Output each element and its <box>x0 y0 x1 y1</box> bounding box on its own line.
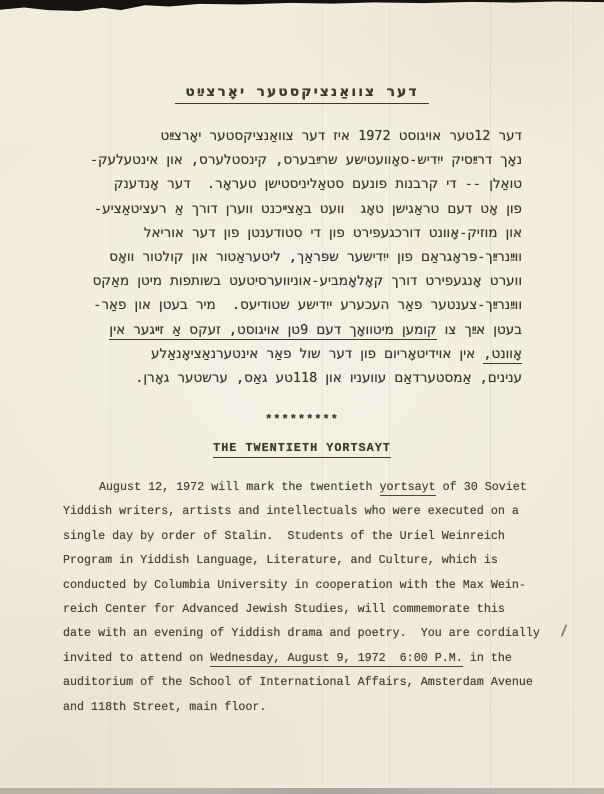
paper-scratch-mark <box>561 624 568 637</box>
english-text-line: invited to attend on Wednesday, August 9… <box>63 646 526 670</box>
yiddish-paragraph: דער 12טער אויגוסט 1972 איז דער צוואַנציק… <box>64 124 522 390</box>
yiddish-text-line: נאָך דרײַסיק ייִדיש-סאָוועטישע שרײַבערס,… <box>64 148 522 172</box>
english-text-line: date with an evening of Yiddish drama an… <box>63 621 526 645</box>
english-paragraph: August 12, 1972 will mark the twentieth … <box>63 475 526 719</box>
underlined-text: קומען מיטוואָך דעם 9טן אויגוסט, זעקס אַ … <box>109 322 436 340</box>
scanner-bottom-edge <box>0 788 604 794</box>
english-text-line: single day by order of Stalin. Students … <box>63 524 526 548</box>
yiddish-text-line: ענינים, אַמסטערדאַם עוועניו און 118טע גא… <box>64 366 522 390</box>
yiddish-text-line: טואַלן -- די קרבנות פונעם סטאַליניסטישן … <box>64 172 522 196</box>
paper-crease <box>573 0 574 794</box>
yiddish-text-line: בעטן אײַך צו קומען מיטוואָך דעם 9טן אויג… <box>64 318 522 342</box>
asterisk-separator: ********* <box>0 413 604 427</box>
yiddish-text-line: דער 12טער אויגוסט 1972 איז דער צוואַנציק… <box>64 124 522 148</box>
english-text-line: and 118th Street, main floor. <box>63 695 526 719</box>
english-title-text: THE TWENTIETH YORTSAYT <box>213 441 391 458</box>
yiddish-text-line: ווײַנרײַך-פּראָגראַם פון ייִדישער שפּראַ… <box>64 245 522 269</box>
yiddish-document-title: דער צוואַנציקסטער יאָרצײַט <box>0 84 604 100</box>
yiddish-text-line: ווײַנרײַך-צענטער פאַר העכערע ייִדישע שטו… <box>64 293 522 317</box>
underlined-text: אָוונט, <box>483 346 522 364</box>
english-text-line: reich Center for Advanced Jewish Studies… <box>63 597 526 621</box>
yiddish-text-line: אָוונט, אין אוידיטאָריום פון דער שול פאַ… <box>64 342 522 366</box>
yiddish-title-text: דער צוואַנציקסטער יאָרצײַט <box>175 84 428 104</box>
scanned-typewritten-flyer: דער צוואַנציקסטער יאָרצײַט דער 12טער אוי… <box>0 0 604 794</box>
english-document-title: THE TWENTIETH YORTSAYT <box>0 441 604 455</box>
english-text-line: Yiddish writers, artists and intellectua… <box>63 499 526 523</box>
english-text-line: conducted by Columbia University in coop… <box>63 573 526 597</box>
english-text-line: Program in Yiddish Language, Literature,… <box>63 548 526 572</box>
underlined-text: Wednesday, August 9, 1972 6:00 P.M. <box>210 651 463 667</box>
yiddish-text-line: און מוזיק-אָוונט דורכגעפירט פון די סטודע… <box>64 221 522 245</box>
underlined-text: yortsayt <box>380 480 436 496</box>
yiddish-text-line: פון אָט דעם טראַגישן טאָג וועט באַצײכנט … <box>64 197 522 221</box>
english-text-line: auditorium of the School of Internationa… <box>63 670 526 694</box>
torn-paper-edge <box>0 0 604 13</box>
yiddish-text-line: ווערט אָנגעפירט דורך קאָלאָמביע-אוניווער… <box>64 269 522 293</box>
english-text-line: August 12, 1972 will mark the twentieth … <box>63 475 526 499</box>
